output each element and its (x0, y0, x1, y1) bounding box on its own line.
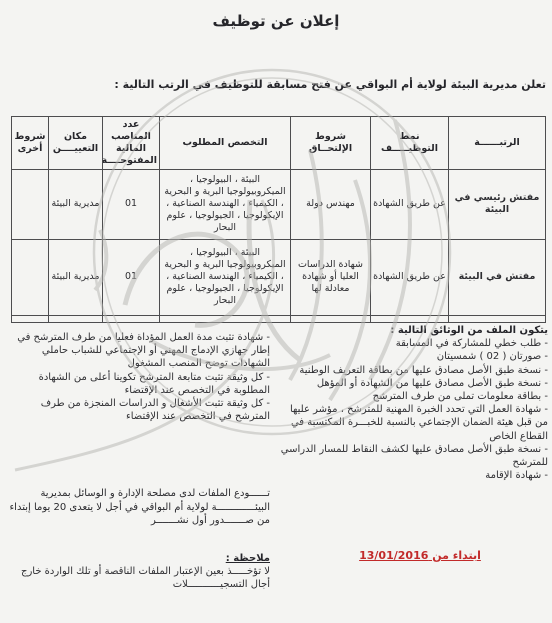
list-item: - كل وثيقة تثبت متابعة المترشح تكوينا أع… (6, 371, 270, 397)
cell-specialty: البيئة ، البيولوجيا ، الميكروبيولوجيا ال… (160, 169, 291, 239)
list-item: - نسخة طبق الأصل مصادق عليها من الشهادة … (276, 377, 548, 390)
intro-line: تعلن مديرية البيئة لولاية أم البواقي عن … (60, 78, 546, 91)
scanned-announcement-page: إعلان عن توظيف تعلن مديرية البيئة لولاية… (0, 0, 552, 623)
table-filler-row (12, 315, 546, 322)
list-item: - بطاقة معلومات تملى من طرف المترشح (276, 390, 548, 403)
list-item: - شهادة تثبت مدة العمل المؤداة فعليا من … (6, 331, 270, 371)
cell-conditions: شهادة الدراسات العليا أو شهادة معادلة له… (291, 239, 371, 315)
cell-rank: مفتش في البيئة (449, 239, 546, 315)
documents-heading: يتكون الملف من الوثائق التالية : (276, 324, 548, 337)
table-header-conditions: شروط الإلتحــاق (291, 117, 371, 170)
list-item: - طلب خطي للمشاركة في المسابقة (276, 337, 548, 350)
extra-documents-section: - شهادة تثبت مدة العمل المؤداة فعليا من … (6, 331, 270, 423)
cell-other (12, 239, 49, 315)
page-title: إعلان عن توظيف (0, 12, 552, 30)
deposit-instructions: تــــــودع الملفات لدى مصلحة الإدارة و ا… (6, 487, 270, 528)
table-header-specialty: التخصص المطلوب (160, 117, 291, 170)
cell-location: مديرية البيئة (49, 239, 103, 315)
list-item: - نسخة طبق الأصل مصادق عليها من بطاقة ال… (276, 364, 548, 377)
documents-list-section: يتكون الملف من الوثائق التالية : - طلب خ… (276, 324, 548, 482)
note-heading: ملاحظة : (226, 553, 270, 564)
table-row: مفتش رئيسي في البيئة عن طريق الشهادة مهن… (12, 169, 546, 239)
table-header-row: الرتبــــــة نمط التوظيـــــف شروط الإلت… (12, 117, 546, 170)
table-header-mode: نمط التوظيـــــف (371, 117, 449, 170)
cell-positions: 01 (103, 169, 160, 239)
table-row: مفتش في البيئة عن طريق الشهادة شهادة الد… (12, 239, 546, 315)
table-header-other: شروط أخرى (12, 117, 49, 170)
cell-conditions: مهندس دولة (291, 169, 371, 239)
note-body: لا تؤخـــــذ بعين الإعتبار الملفات الناق… (6, 565, 270, 591)
cell-mode: عن طريق الشهادة (371, 239, 449, 315)
cell-other (12, 169, 49, 239)
cell-positions: 01 (103, 239, 160, 315)
cell-mode: عن طريق الشهادة (371, 169, 449, 239)
table-header-positions: عدد المناصب المالية المفتوحــــة (103, 117, 160, 170)
table-header-location: مكان التعييــــن (49, 117, 103, 170)
cell-specialty: البيئة ، البيولوجيا ، الميكروبيولوجيا ال… (160, 239, 291, 315)
start-date: ابتداء من 13/01/2016 (305, 549, 535, 562)
list-item: - شهادة الإقامة (276, 469, 548, 482)
table-header-rank: الرتبــــــة (449, 117, 546, 170)
cell-location: مديرية البيئة (49, 169, 103, 239)
recruitment-table: الرتبــــــة نمط التوظيـــــف شروط الإلت… (11, 116, 546, 323)
cell-rank: مفتش رئيسي في البيئة (449, 169, 546, 239)
note-section: ملاحظة : لا تؤخـــــذ بعين الإعتبار المل… (6, 552, 270, 592)
list-item: - كل وثيقة تثبت الأشغال و الدراسات المنج… (6, 397, 270, 423)
list-item: - نسخة طبق الأصل مصادق عليها لكشف النقاط… (276, 443, 548, 469)
list-item: - صورتان ( 02 ) شمسيتان (276, 350, 548, 363)
list-item: - شهادة العمل التي تحدد الخبرة المهنية ل… (276, 403, 548, 443)
